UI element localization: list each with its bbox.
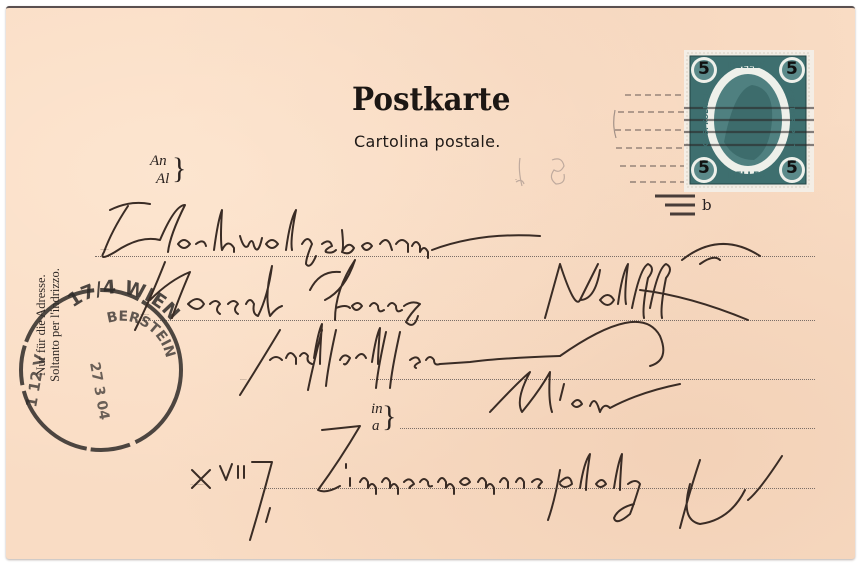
stamp-denomination-tl: 5	[698, 59, 710, 79]
stamp-denomination-tr: 5	[786, 59, 798, 79]
city-prefix-italian: a	[372, 418, 380, 435]
postmark-date: 27 3 04	[86, 361, 112, 422]
address-prefix-german: An	[150, 153, 167, 170]
stamp-bottom-label: HELLER	[728, 171, 766, 181]
address-line-1	[95, 256, 815, 257]
stamp-right-label: OESTERR. POST	[788, 78, 796, 158]
address-line-2	[140, 320, 815, 321]
stamp-top-label: HELLER	[728, 61, 766, 71]
address-prefix-italian: Al	[156, 171, 169, 188]
address-line-3	[370, 379, 815, 380]
postage-stamp: 5 5 5 5 HELLER HELLER KAIS. KOENIGL. OES…	[684, 50, 814, 192]
stamp-left-label: KAIS. KOENIGL.	[702, 78, 710, 158]
postcard-subtitle: Cartolina postale.	[354, 132, 501, 151]
address-line-4	[400, 428, 815, 429]
secondary-postmark-letter: b	[702, 196, 712, 214]
city-prefix-german: in	[371, 401, 383, 418]
address-line-5	[260, 488, 815, 489]
stamp-denomination-br: 5	[786, 158, 798, 178]
brace-icon: }	[172, 154, 186, 184]
brace-icon: }	[382, 402, 396, 432]
circular-postmark: 17/4 WIEN BERSTEIN 27 3 04 1 12 V	[8, 278, 198, 468]
stamp-denomination-bl: 5	[698, 158, 710, 178]
postmark-hour: 1 12 V	[22, 353, 49, 409]
postcard-title: Postkarte	[352, 80, 513, 118]
